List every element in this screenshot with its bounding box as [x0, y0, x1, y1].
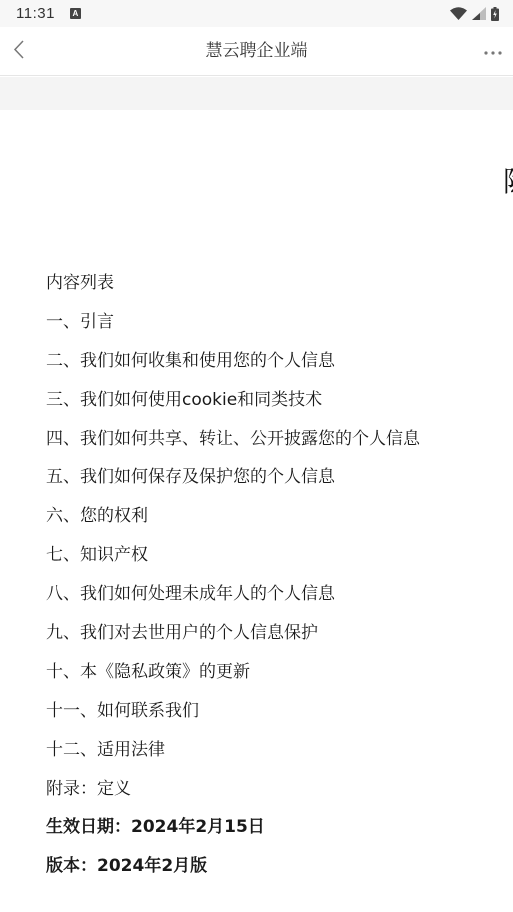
toc-item[interactable]: 七、知识产权	[46, 544, 420, 583]
privacy-policy-document[interactable]: 隐私政策 内容列表 一、引言 二、我们如何收集和使用您的个人信息 三、我们如何使…	[0, 110, 513, 912]
more-button[interactable]	[483, 44, 503, 56]
wifi-icon	[450, 7, 467, 20]
table-of-contents: 内容列表 一、引言 二、我们如何收集和使用您的个人信息 三、我们如何使用cook…	[46, 272, 420, 894]
battery-charging-icon	[491, 7, 499, 21]
toc-item[interactable]: 八、我们如何处理未成年人的个人信息	[46, 583, 420, 622]
status-icons	[450, 7, 499, 21]
status-time: 11:31	[16, 5, 55, 22]
version-label: 版本：2024年2月版	[46, 855, 420, 894]
header-spacer	[0, 77, 513, 110]
page-title: 慧云聘企业端	[0, 27, 513, 76]
toc-heading: 内容列表	[46, 272, 420, 311]
nav-bar: 慧云聘企业端	[0, 27, 513, 76]
notification-a-icon: A	[70, 8, 81, 19]
toc-item[interactable]: 四、我们如何共享、转让、公开披露您的个人信息	[46, 428, 420, 467]
toc-item[interactable]: 十、本《隐私政策》的更新	[46, 661, 420, 700]
toc-item[interactable]: 十二、适用法律	[46, 739, 420, 778]
toc-item[interactable]: 十一、如何联系我们	[46, 700, 420, 739]
toc-item[interactable]: 三、我们如何使用cookie和同类技术	[46, 389, 420, 428]
status-bar: 11:31 A	[0, 0, 513, 27]
toc-item[interactable]: 九、我们对去世用户的个人信息保护	[46, 622, 420, 661]
cell-signal-icon	[472, 7, 486, 20]
more-horizontal-icon	[483, 47, 503, 59]
toc-item[interactable]: 二、我们如何收集和使用您的个人信息	[46, 350, 420, 389]
effective-date: 生效日期：2024年2月15日	[46, 816, 420, 855]
toc-item[interactable]: 一、引言	[46, 311, 420, 350]
toc-item[interactable]: 六、您的权利	[46, 505, 420, 544]
toc-item[interactable]: 附录：定义	[46, 778, 420, 817]
toc-item[interactable]: 五、我们如何保存及保护您的个人信息	[46, 466, 420, 505]
document-title: 隐私政策	[503, 165, 513, 199]
